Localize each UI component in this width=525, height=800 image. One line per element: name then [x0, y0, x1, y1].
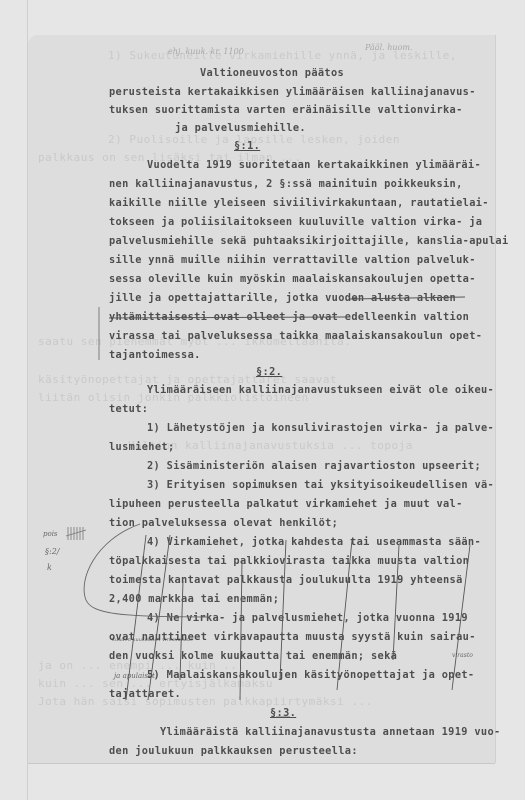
slash-mark [126, 535, 146, 700]
slash-mark [393, 545, 399, 660]
circle-mark [84, 524, 210, 617]
slash-mark [337, 540, 352, 690]
slash-mark [280, 540, 286, 680]
margin-hash-mark [66, 527, 86, 540]
slash-mark [148, 535, 170, 700]
pencil-marks [0, 0, 525, 800]
slash-mark [240, 560, 242, 700]
slash-mark [452, 545, 470, 690]
strikethrough-mark [109, 317, 346, 318]
slash-mark [180, 581, 183, 680]
strikethrough-mark [350, 297, 465, 299]
